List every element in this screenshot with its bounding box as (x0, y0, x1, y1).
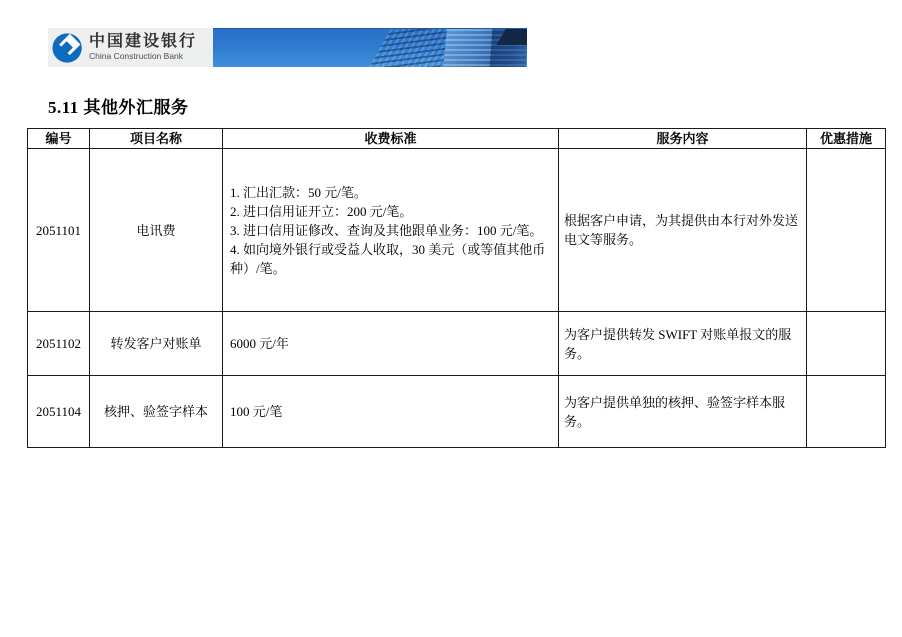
fee-table-body: 2051101 电讯费 1. 汇出汇款：50 元/笔。2. 进口信用证开立：20… (28, 149, 886, 448)
row-fee: 100 元/笔 (223, 376, 559, 448)
bank-name-en: China Construction Bank (89, 52, 197, 61)
row-discount (807, 312, 886, 376)
ccb-logo-icon (52, 32, 84, 64)
fee-line: 3. 进口信用证修改、查询及其他跟单业务：100 元/笔。 (230, 221, 551, 240)
row-service: 根据客户申请，为其提供由本行对外发送电文等服务。 (559, 149, 807, 312)
banner-skyline-image (213, 28, 527, 67)
fee-line: 100 元/笔 (230, 402, 551, 421)
bank-logo: 中国建设银行 China Construction Bank (48, 28, 213, 67)
row-discount (807, 376, 886, 448)
table-row: 2051104 核押、验签字样本 100 元/笔 为客户提供单独的核押、验签字样… (28, 376, 886, 448)
document-page: 中国建设银行 China Construction Bank 5.11 其他外汇… (0, 0, 902, 637)
row-discount (807, 149, 886, 312)
table-row: 2051101 电讯费 1. 汇出汇款：50 元/笔。2. 进口信用证开立：20… (28, 149, 886, 312)
table-row: 2051102 转发客户对账单 6000 元/年 为客户提供转发 SWIFT 对… (28, 312, 886, 376)
row-name: 电讯费 (90, 149, 223, 312)
fee-line: 1. 汇出汇款：50 元/笔。 (230, 183, 551, 202)
col-header-discount: 优惠措施 (807, 129, 886, 149)
row-code: 2051101 (28, 149, 90, 312)
bank-logo-text: 中国建设银行 China Construction Bank (89, 34, 197, 61)
fee-line: 4. 如向境外银行或受益人收取，30 美元（或等值其他币种）/笔。 (230, 240, 551, 278)
fee-line: 6000 元/年 (230, 334, 551, 353)
fee-table: 编号 项目名称 收费标准 服务内容 优惠措施 2051101 电讯费 1. 汇出… (27, 128, 886, 448)
col-header-fee: 收费标准 (223, 129, 559, 149)
row-fee: 1. 汇出汇款：50 元/笔。2. 进口信用证开立：200 元/笔。3. 进口信… (223, 149, 559, 312)
row-fee: 6000 元/年 (223, 312, 559, 376)
row-code: 2051104 (28, 376, 90, 448)
row-name: 核押、验签字样本 (90, 376, 223, 448)
col-header-service: 服务内容 (559, 129, 807, 149)
fee-line: 2. 进口信用证开立：200 元/笔。 (230, 202, 551, 221)
bank-header-banner: 中国建设银行 China Construction Bank (48, 28, 527, 67)
section-title: 5.11 其他外汇服务 (48, 93, 189, 118)
row-service: 为客户提供单独的核押、验签字样本服务。 (559, 376, 807, 448)
row-name: 转发客户对账单 (90, 312, 223, 376)
table-header-row: 编号 项目名称 收费标准 服务内容 优惠措施 (28, 129, 886, 149)
bank-name-zh: 中国建设银行 (89, 34, 197, 50)
row-code: 2051102 (28, 312, 90, 376)
col-header-name: 项目名称 (90, 129, 223, 149)
row-service: 为客户提供转发 SWIFT 对账单报文的服务。 (559, 312, 807, 376)
col-header-code: 编号 (28, 129, 90, 149)
